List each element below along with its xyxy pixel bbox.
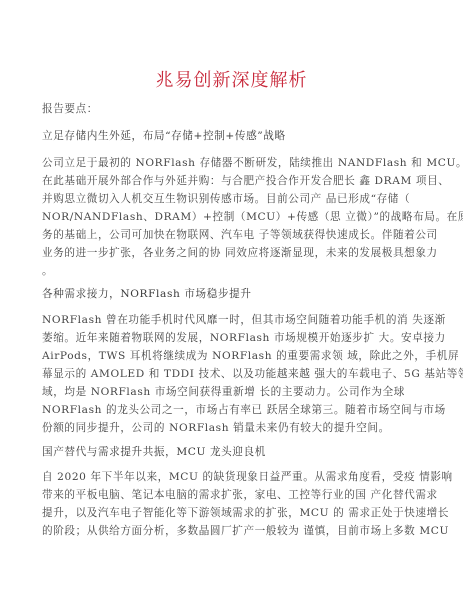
report-label: 报告要点： xyxy=(42,101,98,116)
paragraph-line: 的阶段；从供给方面分析，多数晶圆厂扩产一般较为 谨慎，目前市场上多数 MCU xyxy=(42,523,449,538)
paragraph-line: 提升，以及汽车电子智能化等下游领域需求的扩张，MCU 的 需求正处于快速增长 xyxy=(42,505,449,520)
paragraph-line: NORFlash 曾在功能手机时代风靡一时，但其市场空间随着功能手机的消 失逐渐 xyxy=(42,312,446,327)
paragraph-line: NOR/NANDFlash、DRAM）+控制（MCU）+传感（思 立微）”的战略… xyxy=(42,209,463,224)
paragraph-line: 域，均是 NORFlash 市场空间获得重新增 长的主要动力。公司作为全球 xyxy=(42,384,405,399)
paragraph-line: 并购思立微切入人机交互生物识别传感市场。目前公司产 品已形成“存储（ xyxy=(42,191,410,206)
document-title: 兆易创新深度解析 xyxy=(0,66,463,92)
paragraph-line: NORFlash 的龙头公司之一，市场占有率已 跃居全球第三。随着市场空间与市场 xyxy=(42,402,446,417)
paragraph-line: 自 2020 年下半年以来，MCU 的缺货现象日益严重。从需求角度看，受疫 情影… xyxy=(42,469,453,484)
paragraph-line: 公司立足于最初的 NORFlash 存储器不断研发，陆续推出 NANDFlash… xyxy=(42,155,463,170)
paragraph-line: 带来的平板电脑、笔记本电脑的需求扩张，家电、工控等行业的国 产化替代需求 xyxy=(42,487,438,502)
paragraph-line: 萎缩。近年来随着物联网的发展，NORFlash 市场规模开始逐步扩 大。安卓接力 xyxy=(42,330,446,345)
paragraph-line: 幕显示的 AMOLED 和 TDDI 技术、以及功能越来越 强大的车载电子、5G… xyxy=(42,366,463,381)
section-heading-strategy: 立足存储内生外延，布局“存储+控制+传感”战略 xyxy=(42,128,286,143)
paragraph-line: 业务的进一步扩张，各业务之间的协 同效应将逐渐显现，未来的发展极具想象力 xyxy=(42,245,438,260)
paragraph-line: 。 xyxy=(42,263,53,278)
section-heading-mcu: 国产替代与需求提升共振，MCU 龙头迎良机 xyxy=(42,444,266,459)
section-heading-norflash: 各种需求接力，NORFlash 市场稳步提升 xyxy=(42,286,252,301)
paragraph-line: 份额的同步提升，公司的 NORFlash 销量未来仍有较大的提升空间。 xyxy=(42,420,390,435)
paragraph-line: 务的基础上，公司可加快在物联网、汽车电 子等领域获得快速成长。伴随着公司 xyxy=(42,227,438,242)
paragraph-line: AirPods，TWS 耳机将继续成为 NORFlash 的重要需求领 域，除此… xyxy=(42,348,459,363)
paragraph-line: 在此基础开展外部合作与外延并购：与合肥产投合作开发合肥长 鑫 DRAM 项目、 xyxy=(42,173,449,188)
